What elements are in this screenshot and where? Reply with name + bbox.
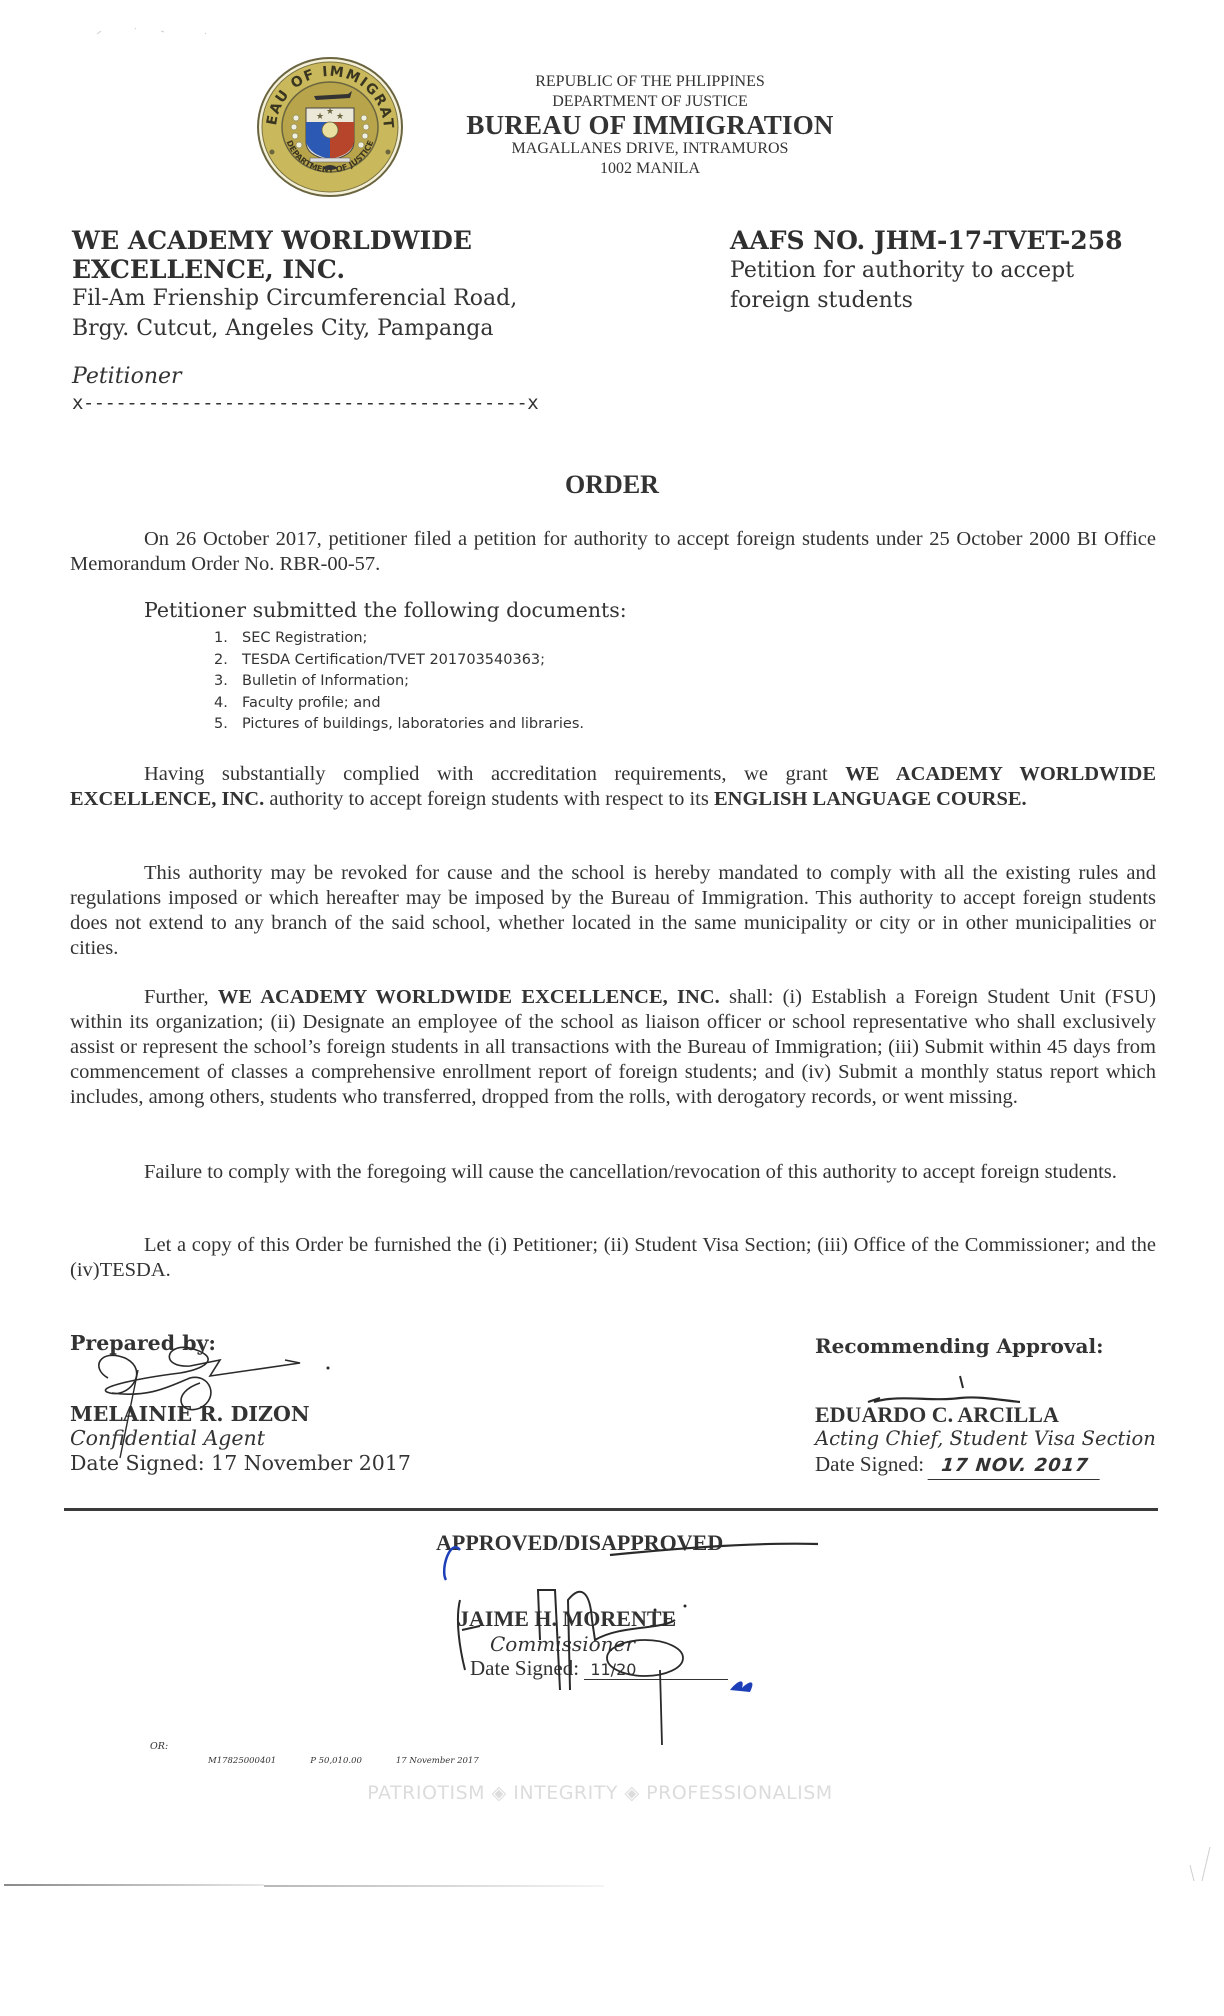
letterhead-department: DEPARTMENT OF JUSTICE: [400, 92, 900, 111]
petitioner-name-line2: EXCELLENCE, INC.: [72, 255, 632, 284]
or-amount: P 50,010.00: [310, 1756, 362, 1766]
prepared-by-label: Prepared by:: [70, 1330, 470, 1356]
official-receipt-label: OR:: [150, 1741, 168, 1752]
caption-separator: x---------------------------------------…: [72, 392, 632, 414]
document-item: 1.SEC Registration;: [214, 628, 584, 650]
prepared-by-block: Prepared by: MELAINIE R. DIZON Confident…: [70, 1330, 470, 1476]
letterhead-address: MAGALLANES DRIVE, INTRAMUROS: [400, 139, 900, 159]
svg-text:★: ★: [326, 107, 334, 117]
petitioner-block: WE ACADEMY WORLDWIDE EXCELLENCE, INC. Fi…: [72, 226, 632, 414]
or-date: 17 November 2017: [396, 1756, 479, 1766]
recommending-approval-label: Recommending Approval:: [815, 1333, 1175, 1359]
recommending-approval-block: Recommending Approval: EDUARDO C. ARCILL…: [815, 1333, 1175, 1480]
grant-paragraph: Having substantially complied with accre…: [70, 762, 1156, 812]
case-description-line1: Petition for authority to accept: [730, 256, 1170, 286]
svg-text:★: ★: [316, 112, 324, 122]
petitioner-role: Petitioner: [72, 362, 632, 392]
footer-rule-fade: [264, 1885, 604, 1887]
petitioner-address-line2: Brgy. Cutcut, Angeles City, Pampanga: [72, 314, 632, 344]
recommender-title: Acting Chief, Student Visa Section: [815, 1427, 1175, 1451]
letterhead: REPUBLIC OF THE PHLIPPINES DEPARTMENT OF…: [400, 72, 900, 179]
svg-text:★: ★: [336, 112, 344, 122]
approver-title: Commissioner: [490, 1632, 790, 1656]
approver-date-signed: Date Signed: 11/20: [470, 1656, 790, 1681]
letterhead-agency: BUREAU OF IMMIGRATION: [400, 111, 900, 139]
recommender-date-signed: Date Signed: 17 NOV. 2017: [815, 1451, 1175, 1480]
case-description-line2: foreign students: [730, 286, 1170, 316]
document-item: 2.TESDA Certification/TVET 201703540363;: [214, 650, 584, 672]
approver-name: JAIME H. MORENTE: [458, 1606, 790, 1632]
document-item: 4.Faculty profile; and: [214, 693, 584, 715]
case-number: AAFS NO. JHM-17-TVET-258: [730, 226, 1170, 256]
approval-block: APPROVED/DISAPPROVED JAIME H. MORENTE Co…: [430, 1530, 790, 1681]
approval-status-label: APPROVED/DISAPPROVED: [436, 1530, 790, 1556]
corner-scan-mark: [1180, 1845, 1220, 1885]
order-title: ORDER: [0, 470, 1224, 500]
letterhead-republic: REPUBLIC OF THE PHLIPPINES: [400, 72, 900, 92]
or-number: M17825000401: [208, 1756, 276, 1766]
copy-furnished-paragraph: Let a copy of this Order be furnished th…: [70, 1233, 1156, 1283]
document-item: 3.Bulletin of Information;: [214, 671, 584, 693]
course-name: ENGLISH LANGUAGE COURSE.: [714, 788, 1027, 810]
petitioner-name-line1: WE ACADEMY WORLDWIDE: [72, 226, 632, 255]
school-name: WE ACADEMY WORLDWIDE EXCELLENCE, INC.: [218, 986, 720, 1008]
petitioner-address-line1: Fil-Am Frienship Circumferencial Road,: [72, 284, 632, 314]
recommender-handwritten-date: 17 NOV. 2017: [928, 1453, 1103, 1480]
footer-rule: [4, 1884, 264, 1886]
recommender-name: EDUARDO C. ARCILLA: [815, 1403, 1175, 1427]
bureau-of-immigration-seal-icon: BUREAU OF IMMIGRATION DEPARTMENT OF JUST…: [256, 56, 404, 198]
approver-handwritten-date: 11/20: [584, 1660, 728, 1680]
footer-motto: PATRIOTISM ◈ INTEGRITY ◈ PROFESSIONALISM: [0, 1782, 1200, 1804]
preparer-name: MELAINIE R. DIZON: [70, 1402, 470, 1426]
scan-marks: [95, 22, 215, 42]
official-receipt-details: M17825000401P 50,010.0017 November 2017: [208, 1756, 513, 1766]
documents-list: 1.SEC Registration; 2.TESDA Certificatio…: [214, 628, 584, 736]
documents-heading: Petitioner submitted the following docum…: [144, 598, 627, 622]
case-block: AAFS NO. JHM-17-TVET-258 Petition for au…: [730, 226, 1170, 316]
letterhead-city: 1002 MANILA: [400, 159, 900, 179]
revocation-paragraph: This authority may be revoked for cause …: [70, 861, 1156, 961]
obligations-paragraph: Further, WE ACADEMY WORLDWIDE EXCELLENCE…: [70, 985, 1156, 1110]
signature-divider: [64, 1508, 1158, 1511]
preparer-date-signed: Date Signed: 17 November 2017: [70, 1450, 470, 1476]
order-intro-paragraph: On 26 October 2017, petitioner filed a p…: [70, 527, 1156, 577]
order-intro-text: On 26 October 2017, petitioner filed a p…: [70, 528, 1156, 575]
document-item: 5.Pictures of buildings, laboratories an…: [214, 714, 584, 736]
preparer-title: Confidential Agent: [70, 1426, 470, 1450]
failure-paragraph: Failure to comply with the foregoing wil…: [70, 1160, 1156, 1185]
